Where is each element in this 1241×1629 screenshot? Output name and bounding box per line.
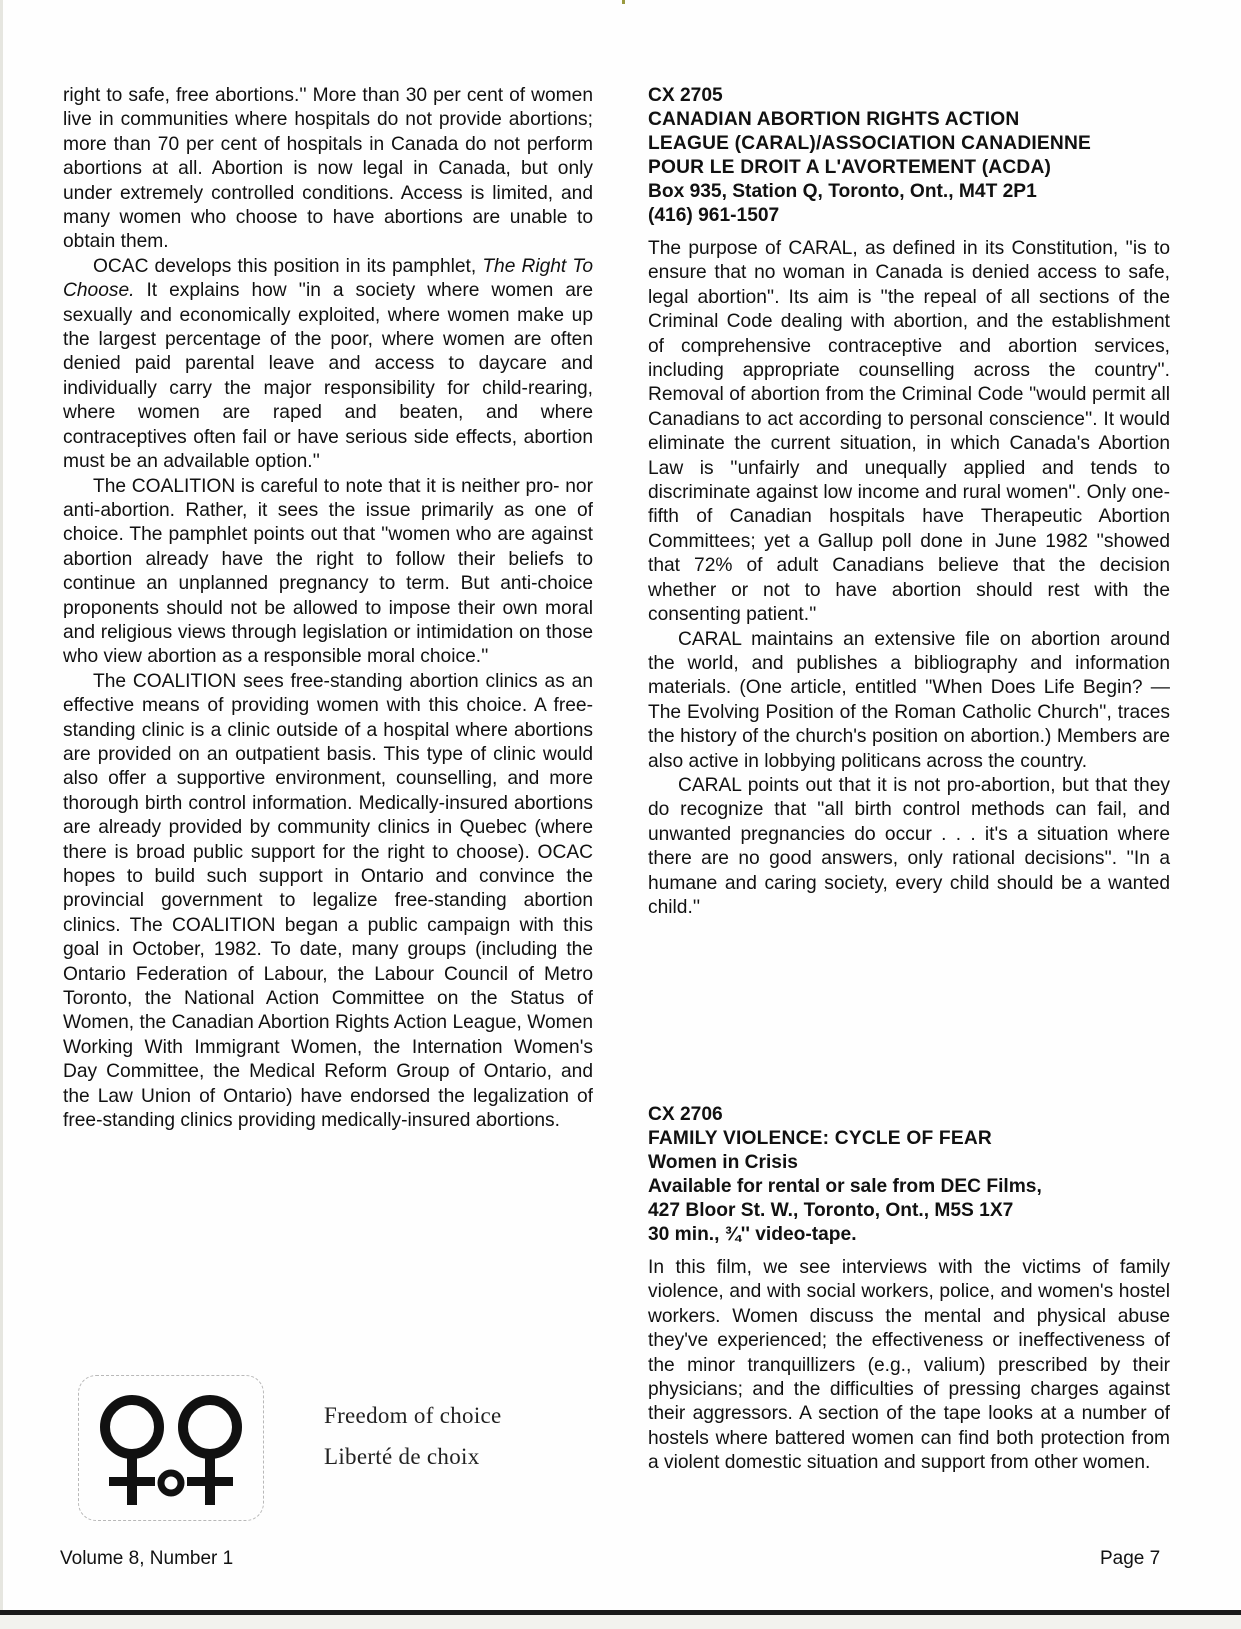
entry-cx-2705: CX 2705 CANADIAN ABORTION RIGHTS ACTION … — [648, 84, 1170, 920]
paragraph: In this film, we see interviews with the… — [648, 1256, 1170, 1476]
entry-phone: (416) 961-1507 — [648, 204, 1170, 228]
entry-subtitle: Women in Crisis — [648, 1151, 1170, 1175]
logo-caption-french: Liberté de choix — [324, 1444, 480, 1470]
entry-address: Box 935, Station Q, Toronto, Ont., M4T 2… — [648, 180, 1170, 204]
entry-availability: Available for rental or sale from DEC Fi… — [648, 1175, 1170, 1199]
page-edge — [0, 0, 3, 1629]
paragraph: right to safe, free abortions.'' More th… — [63, 84, 593, 255]
entry-header: CX 2706 FAMILY VIOLENCE: CYCLE OF FEAR W… — [648, 1103, 1170, 1247]
paragraph: The COALITION is careful to note that it… — [63, 475, 593, 670]
logo-caption-english: Freedom of choice — [324, 1403, 502, 1429]
entry-title: FAMILY VIOLENCE: CYCLE OF FEAR — [648, 1127, 1170, 1151]
entry-format: 30 min., ¾'' video-tape. — [648, 1223, 1170, 1247]
paragraph-text: It explains how ''in a society where wom… — [63, 280, 593, 472]
left-column: right to safe, free abortions.'' More th… — [63, 84, 593, 1133]
entry-title-line: CANADIAN ABORTION RIGHTS ACTION — [648, 108, 1170, 132]
entry-title-line: POUR LE DROIT A L'AVORTEMENT (ACDA) — [648, 156, 1170, 180]
volume-label: Volume 8, Number 1 — [60, 1548, 233, 1570]
paragraph: OCAC develops this position in its pamph… — [63, 255, 593, 475]
entry-address: 427 Bloor St. W., Toronto, Ont., M5S 1X7 — [648, 1199, 1170, 1223]
paragraph: CARAL points out that it is not pro-abor… — [648, 774, 1170, 920]
paragraph: The purpose of CARAL, as defined in its … — [648, 237, 1170, 628]
scan-mark — [622, 0, 625, 4]
paragraph: CARAL maintains an extensive file on abo… — [648, 628, 1170, 774]
paragraph: The COALITION sees free-standing abortio… — [63, 670, 593, 1134]
page-number: Page 7 — [1100, 1548, 1160, 1570]
page-edge — [0, 1615, 1241, 1629]
freedom-of-choice-logo — [78, 1375, 264, 1521]
entry-header: CX 2705 CANADIAN ABORTION RIGHTS ACTION … — [648, 84, 1170, 228]
entry-title-line: LEAGUE (CARAL)/ASSOCIATION CANADIENNE — [648, 132, 1170, 156]
entry-code: CX 2705 — [648, 84, 1170, 108]
paragraph-text: OCAC develops this position in its pamph… — [93, 256, 482, 277]
double-female-symbol-icon — [95, 1391, 249, 1507]
entry-code: CX 2706 — [648, 1103, 1170, 1127]
entry-cx-2706: CX 2706 FAMILY VIOLENCE: CYCLE OF FEAR W… — [648, 1103, 1170, 1476]
newsletter-page: right to safe, free abortions.'' More th… — [0, 0, 1241, 1629]
